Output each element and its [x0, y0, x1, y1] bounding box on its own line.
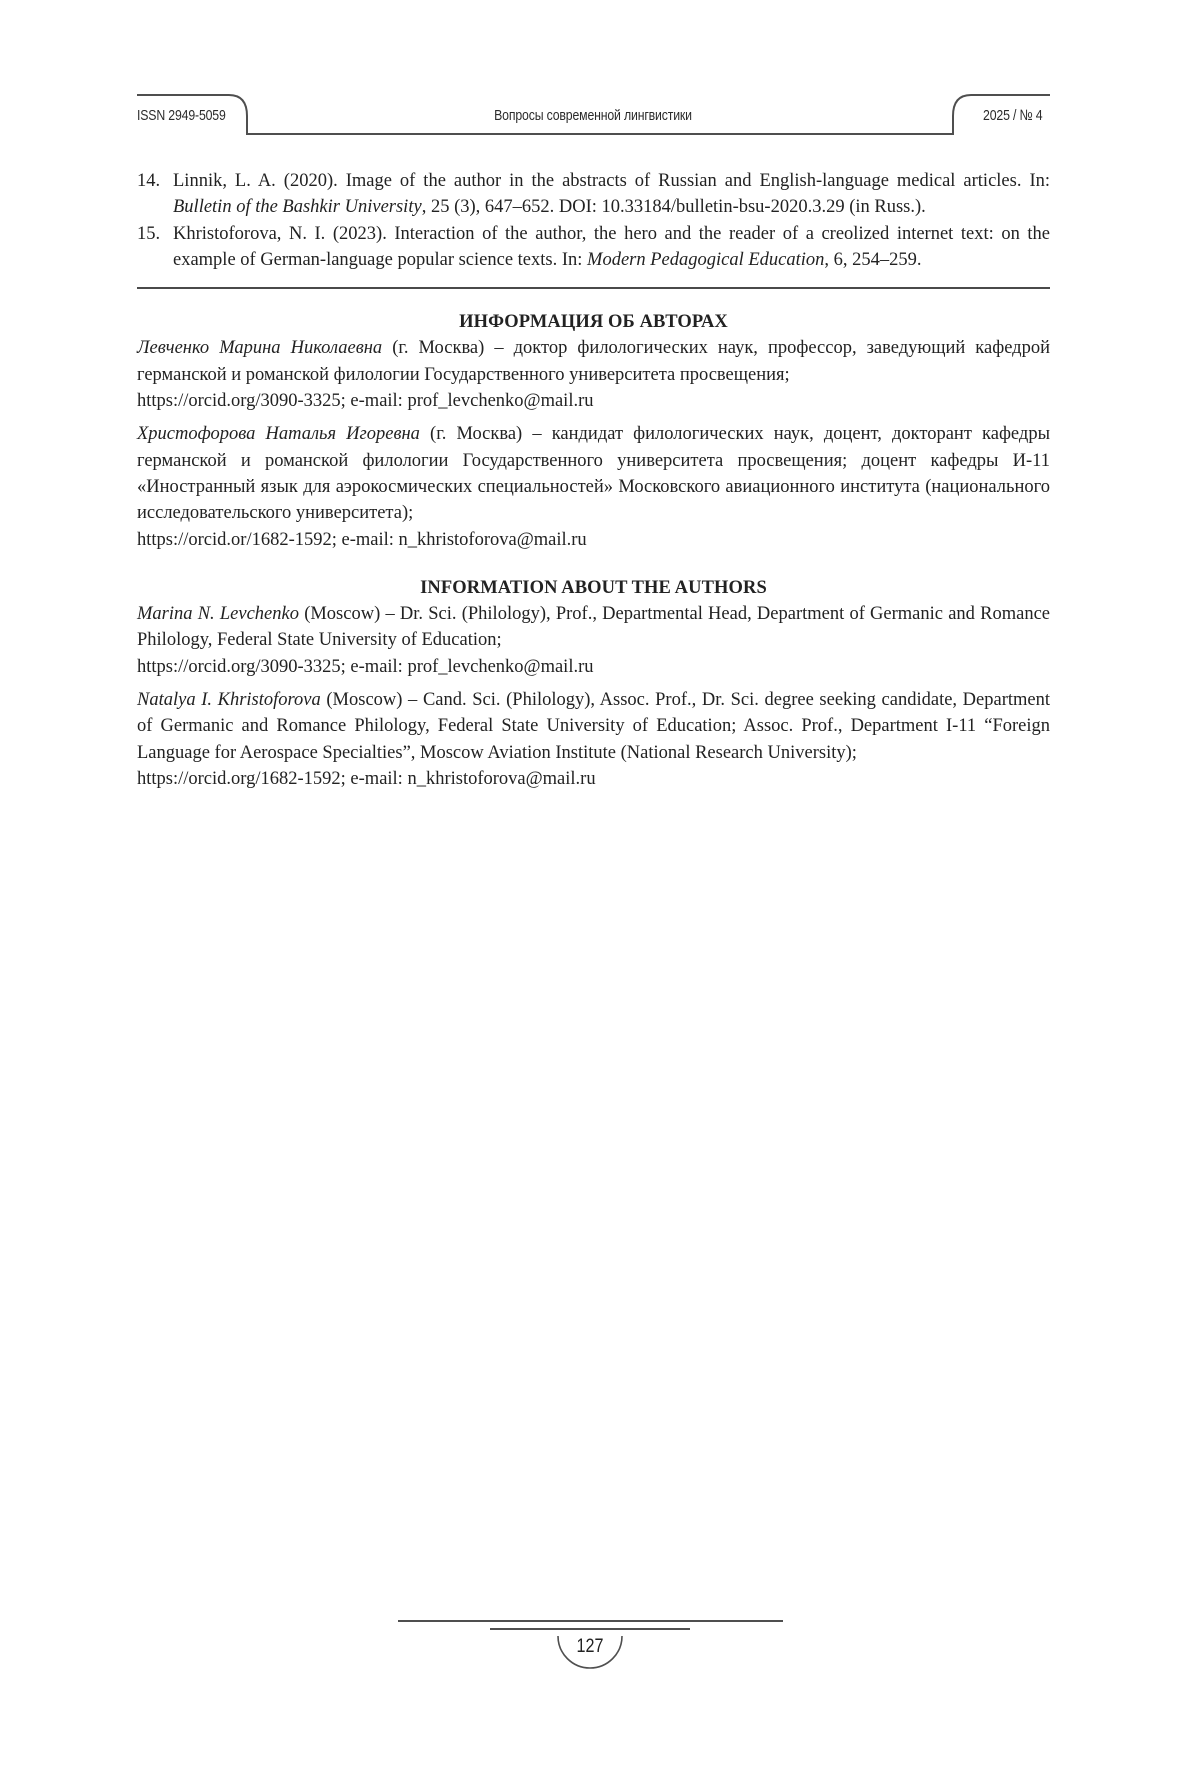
author-info-ru: Христофорова Наталья Игоревна (г. Москва… — [137, 421, 1050, 552]
author-name: Левченко Марина Николаевна — [137, 338, 382, 358]
author-info-ru: Левченко Марина Николаевна (г. Москва) –… — [137, 335, 1050, 414]
reference-text-end: , 25 (3), 647–652. DOI: 10.33184/bulleti… — [422, 197, 926, 217]
author-name: Христофорова Наталья Игоревна — [137, 424, 420, 444]
section-divider — [137, 287, 1050, 289]
page-number-text: 127 — [577, 1636, 604, 1658]
reference-number: 15. — [137, 221, 160, 247]
reference-text: Linnik, L. A. (2020). Image of the autho… — [173, 171, 1050, 191]
author-contacts: https://orcid.org/1682-1592; e-mail: n_k… — [137, 766, 1050, 792]
reference-source-title: Modern Pedagogical Education — [587, 250, 824, 270]
reference-text-end: , 6, 254–259. — [824, 250, 921, 270]
authors-heading-ru: ИНФОРМАЦИЯ ОБ АВТОРАХ — [137, 309, 1050, 335]
running-head: ISSN 2949-5059 Вопросы современной лингв… — [137, 88, 1050, 138]
reference-number: 14. — [137, 168, 160, 194]
issn-label: ISSN 2949-5059 — [137, 107, 226, 124]
author-contacts: https://orcid.org/3090-3325; e-mail: pro… — [137, 388, 1050, 414]
author-name: Marina N. Levchenko — [137, 604, 299, 624]
journal-title: Вопросы современной лингвистики — [494, 107, 692, 124]
author-contacts: https://orcid.org/3090-3325; e-mail: pro… — [137, 654, 1050, 680]
page-body: 14. Linnik, L. A. (2020). Image of the a… — [137, 168, 1050, 792]
reference-item: 15. Khristoforova, N. I. (2023). Interac… — [137, 221, 1050, 274]
journal-page: ISSN 2949-5059 Вопросы современной лингв… — [0, 0, 1200, 1783]
author-contacts: https://orcid.or/1682-1592; e-mail: n_kh… — [137, 527, 1050, 553]
issue-label: 2025 / № 4 — [983, 107, 1042, 124]
reference-item: 14. Linnik, L. A. (2020). Image of the a… — [137, 168, 1050, 221]
authors-heading-en: INFORMATION ABOUT THE AUTHORS — [137, 575, 1050, 601]
page-footer: 127 — [398, 1614, 788, 1684]
author-info-en: Natalya I. Khristoforova (Moscow) – Cand… — [137, 687, 1050, 792]
author-info-en: Marina N. Levchenko (Moscow) – Dr. Sci. … — [137, 601, 1050, 680]
reference-source-title: Bulletin of the Bashkir University — [173, 197, 422, 217]
author-name: Natalya I. Khristoforova — [137, 690, 321, 710]
reference-list: 14. Linnik, L. A. (2020). Image of the a… — [137, 168, 1050, 273]
